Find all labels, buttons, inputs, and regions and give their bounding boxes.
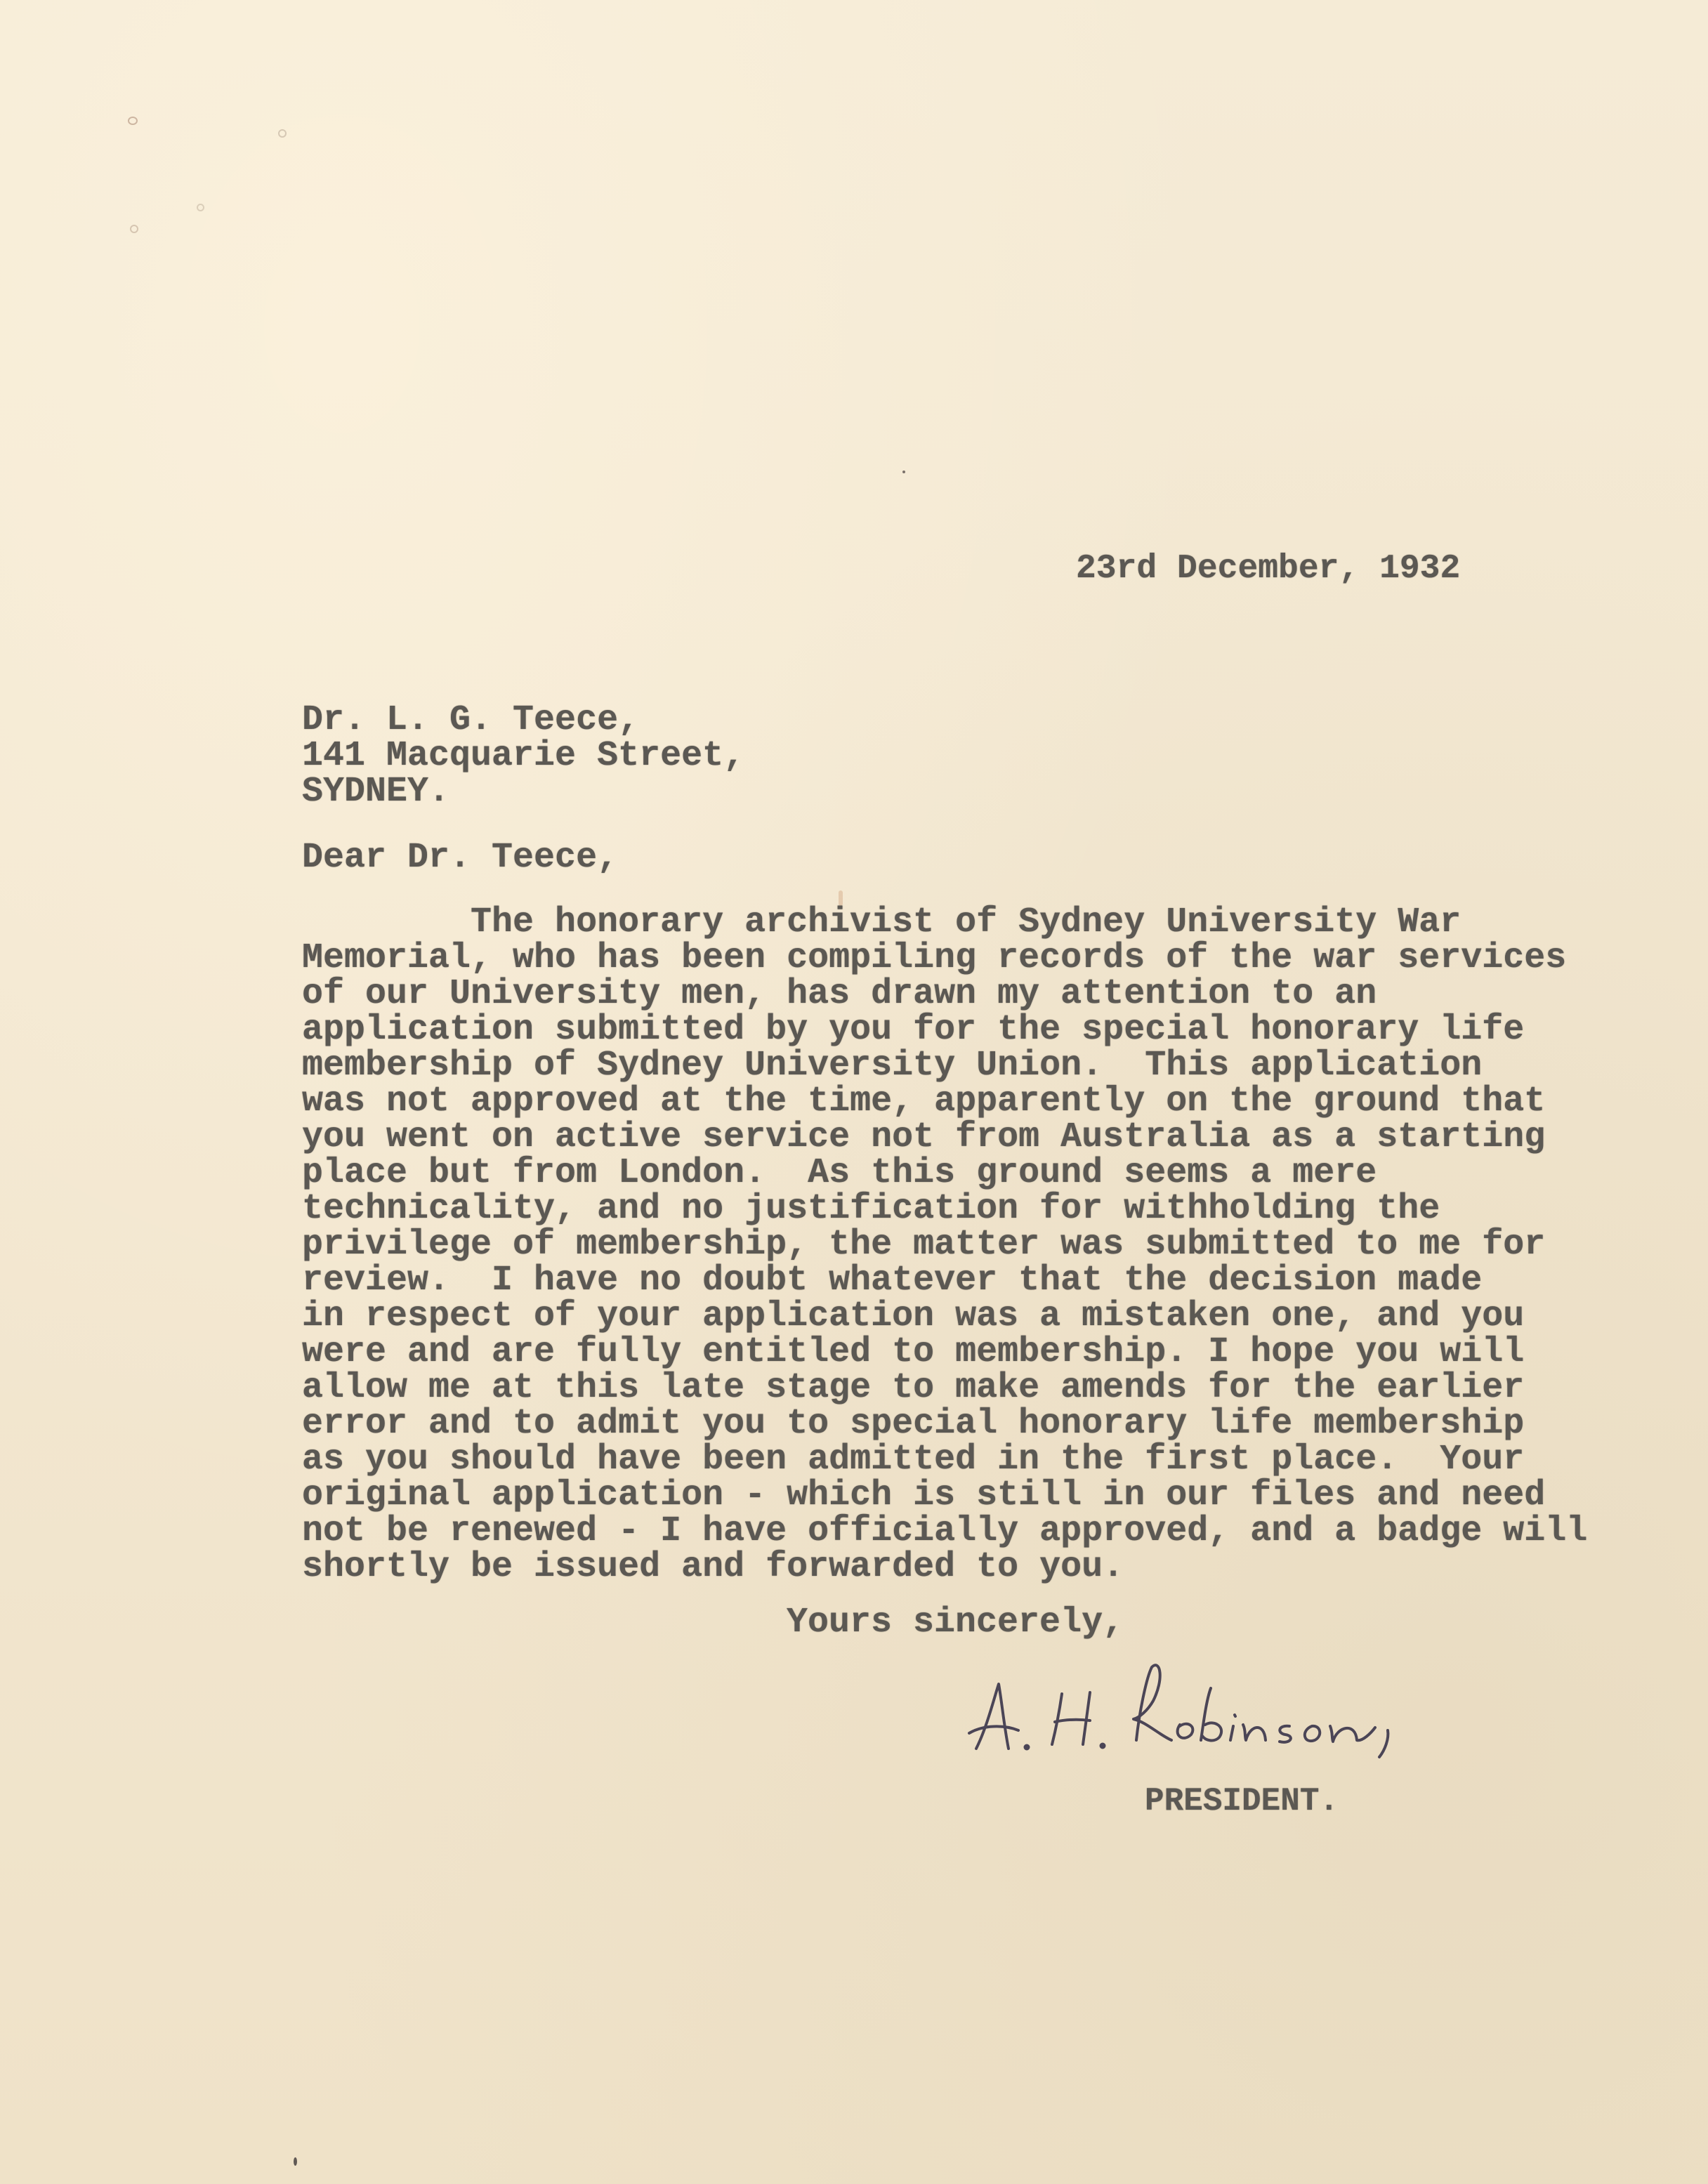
letter-date: 23rd December, 1932 (1076, 551, 1460, 587)
paper-speck (130, 225, 138, 233)
body-line: The honorary archivist of Sydney Univers… (302, 904, 1587, 940)
body-line: Memorial, who has been compiling records… (302, 940, 1587, 976)
recipient-city: SYDNEY. (302, 774, 744, 810)
body-line: in respect of your application was a mis… (302, 1298, 1587, 1334)
recipient-street: 141 Macquarie Street, (302, 738, 744, 774)
body-line: were and are fully entitled to membershi… (302, 1334, 1587, 1370)
body-line: shortly be issued and forwarded to you. (302, 1549, 1587, 1585)
body-line: you went on active service not from Aust… (302, 1119, 1587, 1155)
body-line: review. I have no doubt whatever that th… (302, 1263, 1587, 1298)
body-line: application submitted by you for the spe… (302, 1012, 1587, 1048)
body-line: place but from London. As this ground se… (302, 1155, 1587, 1191)
paper-speck (128, 117, 138, 125)
body-line: as you should have been admitted in the … (302, 1442, 1587, 1478)
closing: Yours sincerely, (787, 1605, 1124, 1640)
paper-speck (278, 129, 287, 138)
signatory-title: PRESIDENT. (1145, 1784, 1339, 1820)
recipient-address: Dr. L. G. Teece,141 Macquarie Street,SYD… (302, 702, 744, 810)
body-line: technicality, and no justification for w… (302, 1191, 1587, 1227)
body-line: error and to admit you to special honora… (302, 1406, 1587, 1442)
body-line: of our University men, has drawn my atte… (302, 976, 1587, 1012)
recipient-name: Dr. L. G. Teece, (302, 702, 744, 738)
letter-body: The honorary archivist of Sydney Univers… (302, 904, 1587, 1585)
body-line: was not approved at the time, apparently… (302, 1084, 1587, 1119)
body-line: membership of Sydney University Union. T… (302, 1048, 1587, 1084)
paper-speck (902, 471, 905, 473)
body-line: original application - which is still in… (302, 1478, 1587, 1513)
body-line: allow me at this late stage to make amen… (302, 1370, 1587, 1406)
salutation: Dear Dr. Teece, (302, 840, 618, 876)
paper-speck (197, 204, 204, 211)
body-line: privilege of membership, the matter was … (302, 1227, 1587, 1263)
body-line: not be renewed - I have officially appro… (302, 1513, 1587, 1549)
paper-speck (294, 2157, 297, 2166)
